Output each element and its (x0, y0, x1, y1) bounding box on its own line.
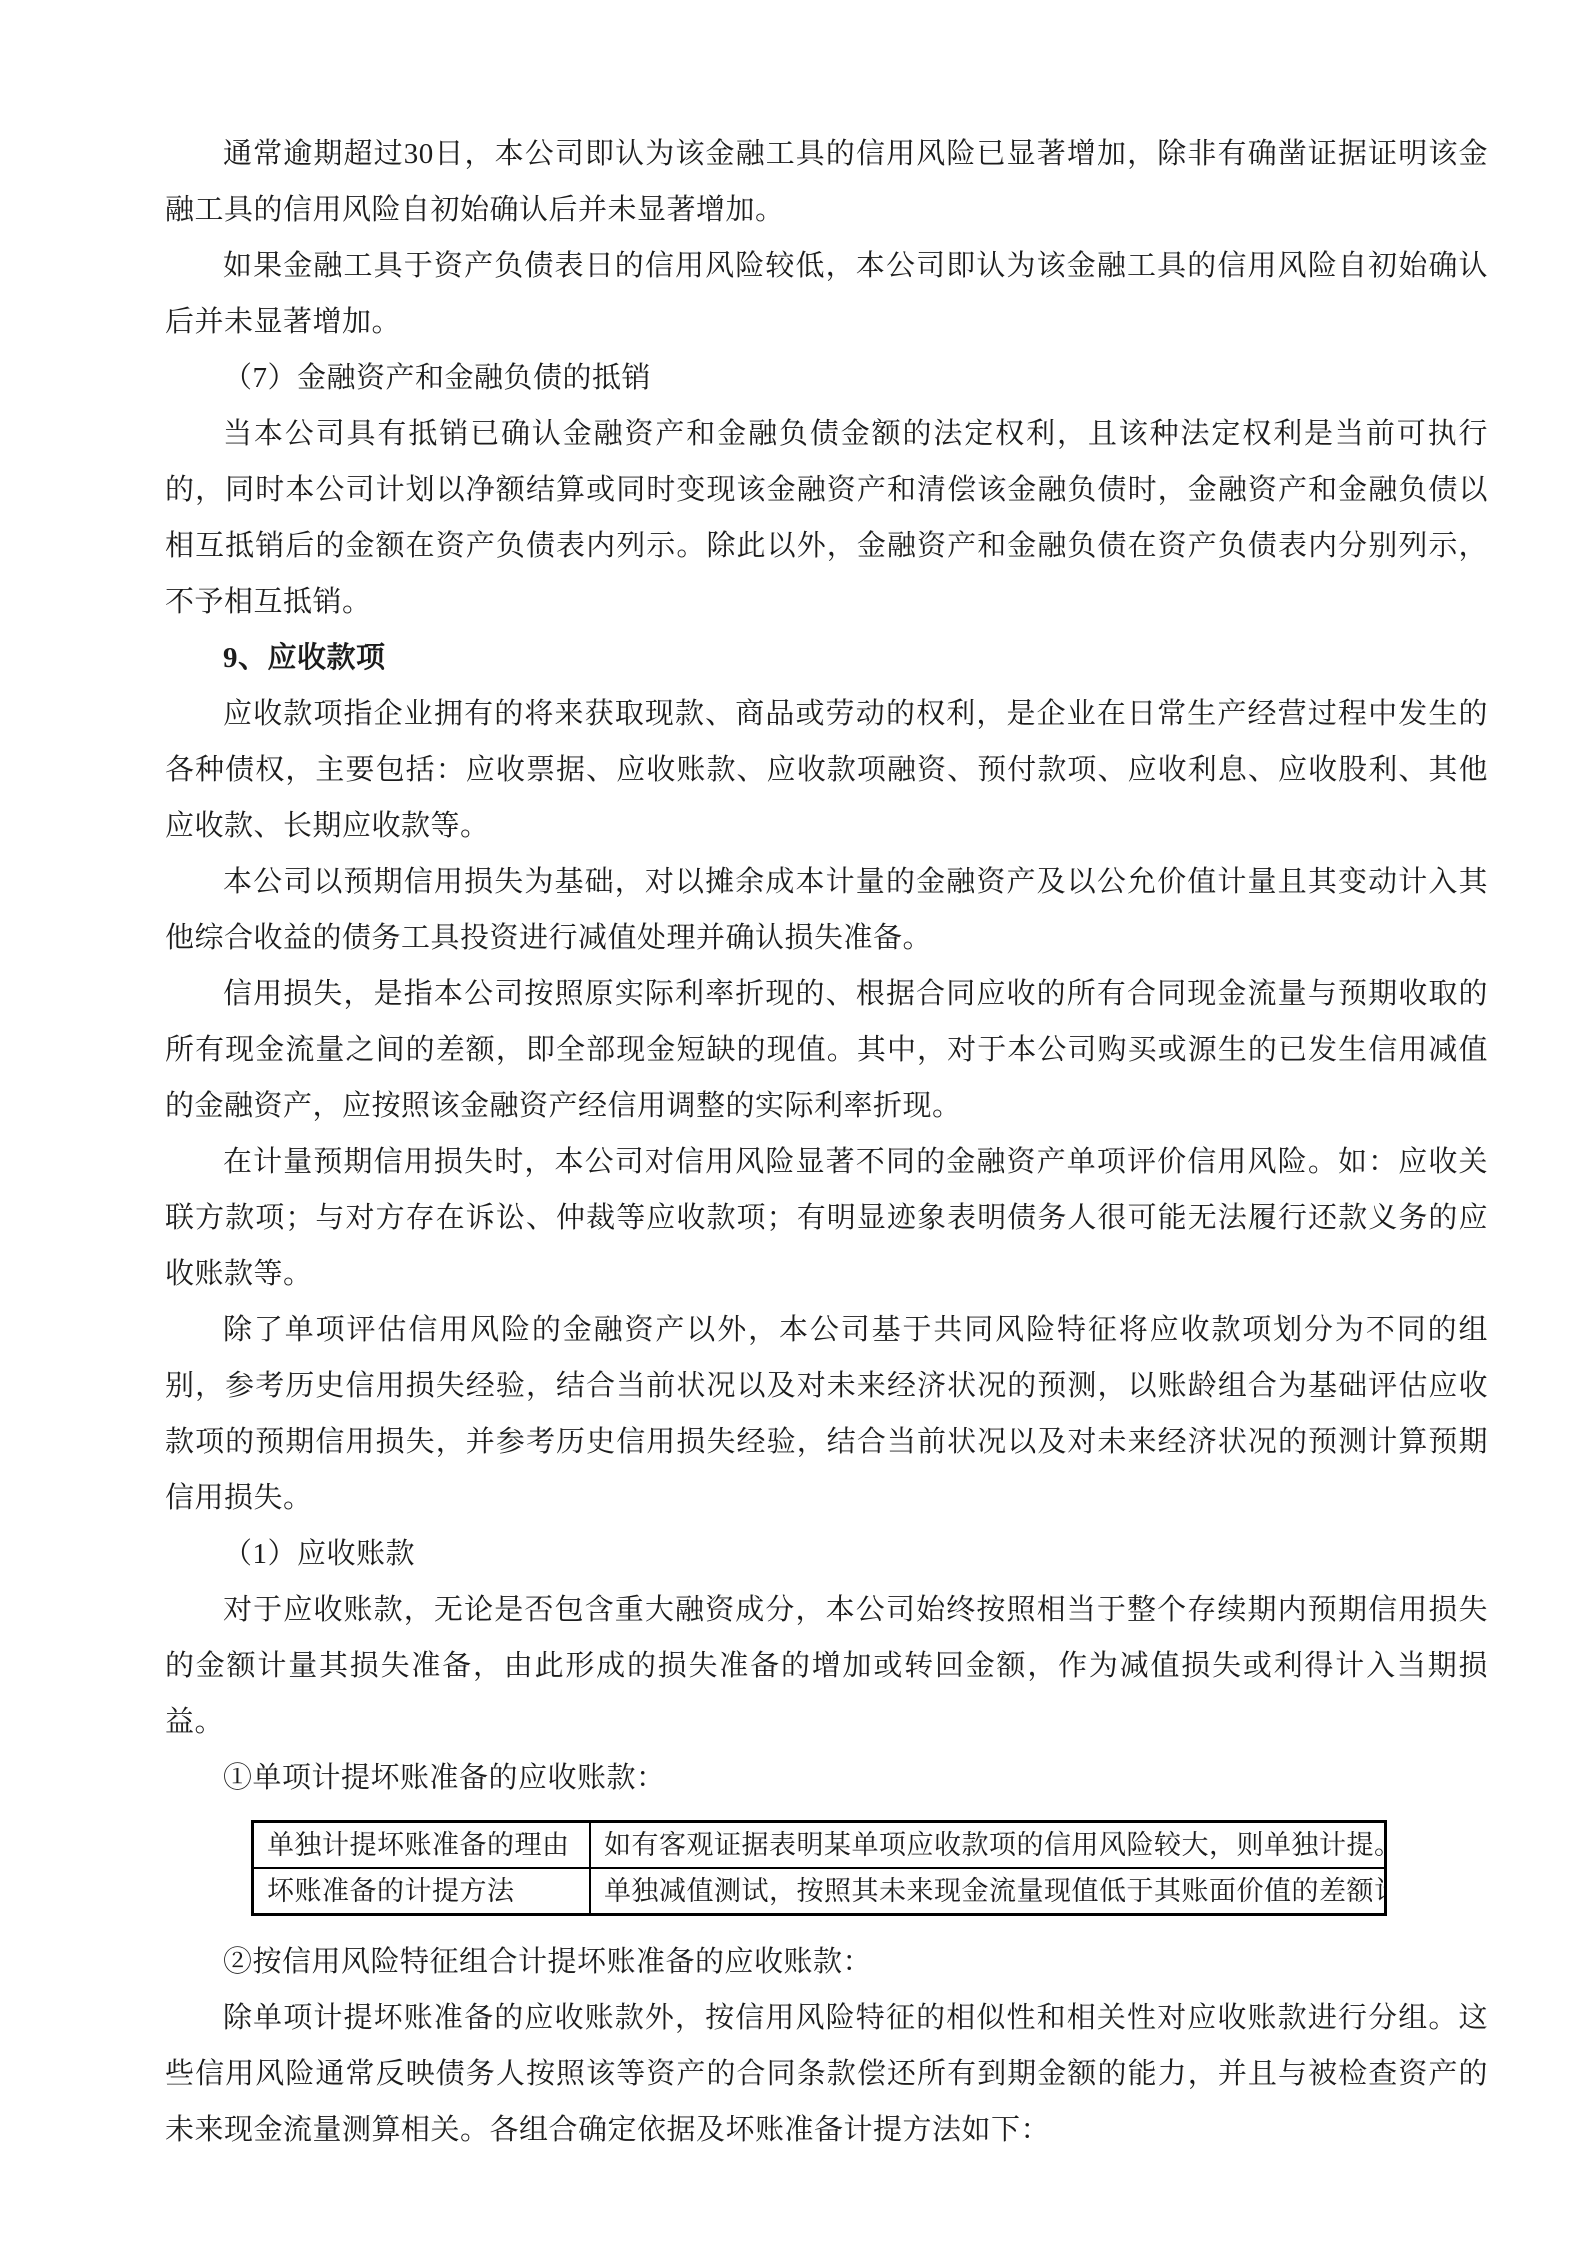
document-page: 通常逾期超过30日，本公司即认为该金融工具的信用风险已显著增加，除非有确凿证据证… (0, 0, 1588, 2245)
paragraph-portfolio-grouping-explanation: 除单项计提坏账准备的应收账款外，按信用风险特征的相似性和相关性对应收账款进行分组… (165, 1990, 1488, 2158)
item-1-individual-provision: ①单项计提坏账准备的应收账款： (165, 1750, 1488, 1806)
paragraph-lifetime-ecl-measurement: 对于应收账款，无论是否包含重大融资成分，本公司始终按照相当于整个存续期内预期信用… (165, 1582, 1488, 1750)
subheading-7-offsetting: （7）金融资产和金融负债的抵销 (165, 350, 1488, 406)
table-cell-reason-value: 如有客观证据表明某单项应收款项的信用风险较大，则单独计提。 (590, 1822, 1386, 1869)
paragraph-offsetting-rules: 当本公司具有抵销已确认金融资产和金融负债金额的法定权利，且该种法定权利是当前可执… (165, 406, 1488, 630)
paragraph-credit-loss-definition: 信用损失，是指本公司按照原实际利率折现的、根据合同应收的所有合同现金流量与预期收… (165, 966, 1488, 1134)
table-cell-method-value: 单独减值测试，按照其未来现金流量现值低于其账面价值的差额计提。 (590, 1868, 1386, 1915)
table-row-reason: 单独计提坏账准备的理由 如有客观证据表明某单项应收款项的信用风险较大，则单独计提… (253, 1822, 1386, 1869)
paragraph-expected-credit-loss-basis: 本公司以预期信用损失为基础，对以摊余成本计量的金融资产及以公允价值计量且其变动计… (165, 854, 1488, 966)
paragraph-individual-credit-risk-evaluation: 在计量预期信用损失时，本公司对信用风险显著不同的金融资产单项评价信用风险。如：应… (165, 1134, 1488, 1302)
paragraph-low-credit-risk: 如果金融工具于资产负债表日的信用风险较低，本公司即认为该金融工具的信用风险自初始… (165, 238, 1488, 350)
paragraph-receivables-definition: 应收款项指企业拥有的将来获取现款、商品或劳动的权利，是企业在日常生产经营过程中发… (165, 686, 1488, 854)
table-cell-reason-label: 单独计提坏账准备的理由 (253, 1822, 591, 1869)
section-heading-9-receivables: 9、应收款项 (165, 630, 1488, 686)
subheading-1-accounts-receivable: （1）应收账款 (165, 1526, 1488, 1582)
bad-debt-provision-table: 单独计提坏账准备的理由 如有客观证据表明某单项应收款项的信用风险较大，则单独计提… (251, 1820, 1387, 1916)
paragraph-grouping-by-risk-features: 除了单项评估信用风险的金融资产以外，本公司基于共同风险特征将应收款项划分为不同的… (165, 1302, 1488, 1526)
table-row-method: 坏账准备的计提方法 单独减值测试，按照其未来现金流量现值低于其账面价值的差额计提… (253, 1868, 1386, 1915)
paragraph-overdue-30-days: 通常逾期超过30日，本公司即认为该金融工具的信用风险已显著增加，除非有确凿证据证… (165, 126, 1488, 238)
table-cell-method-label: 坏账准备的计提方法 (253, 1868, 591, 1915)
item-2-portfolio-provision: ②按信用风险特征组合计提坏账准备的应收账款： (165, 1934, 1488, 1990)
